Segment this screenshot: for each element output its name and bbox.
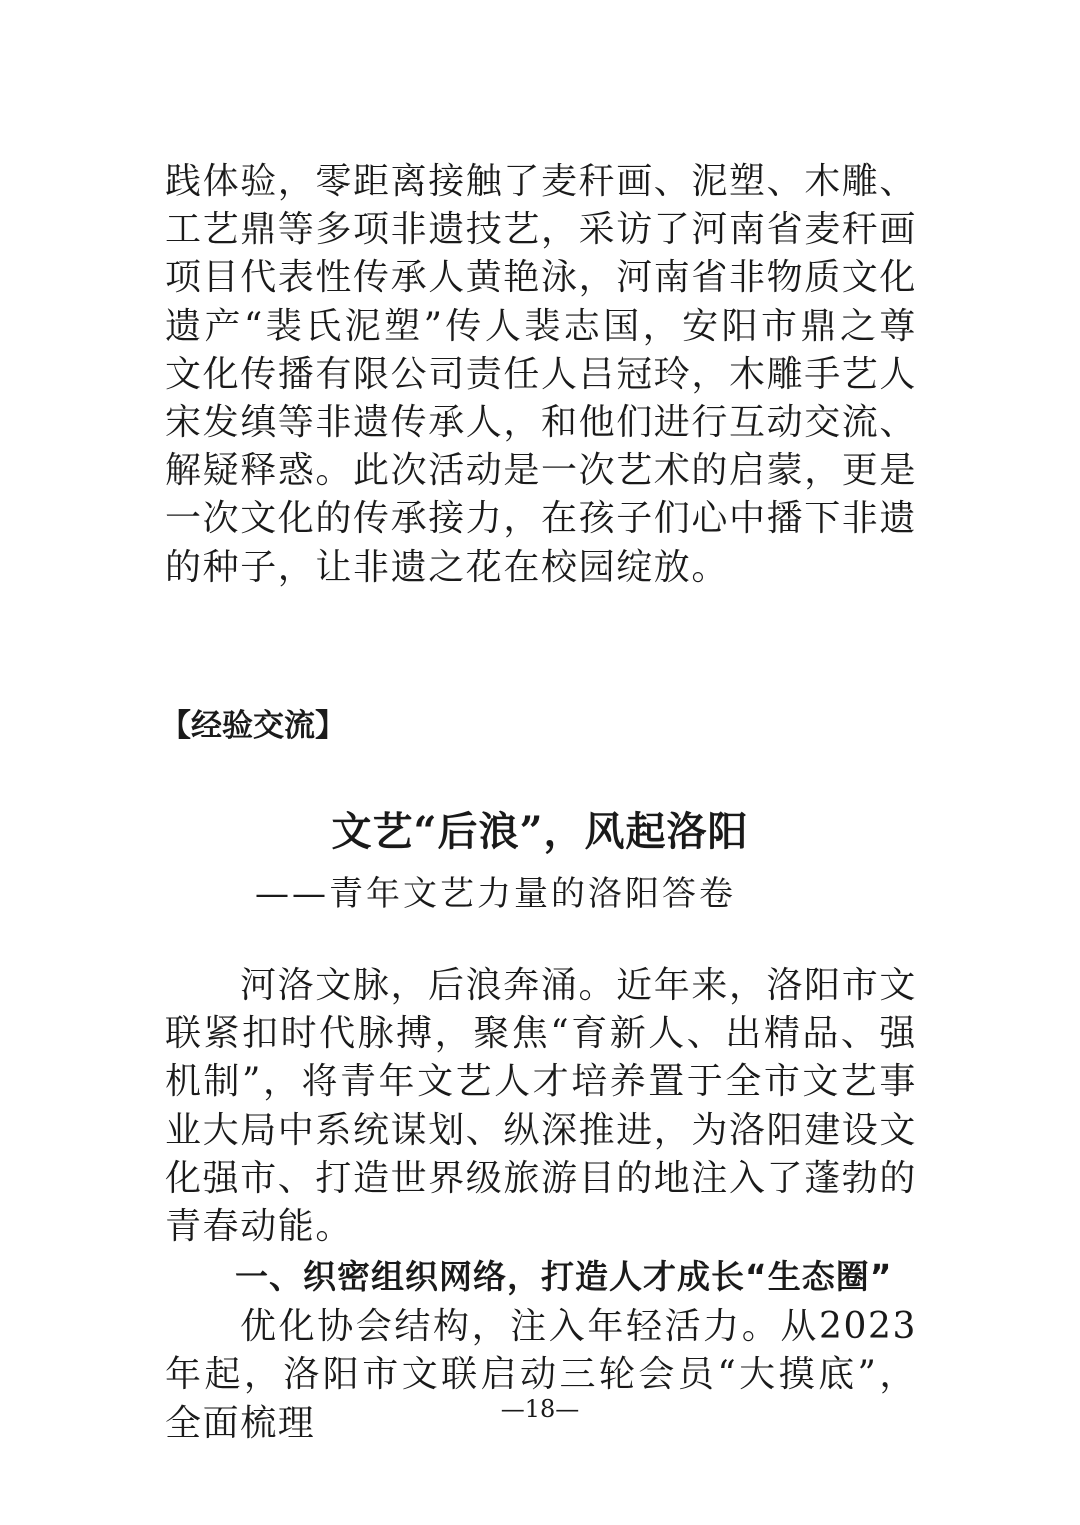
- continued-text-block: 践体验，零距离接触了麦秆画、泥塑、木雕、工艺鼎等多项非遗技艺，采访了河南省麦秆画…: [165, 158, 917, 592]
- continued-paragraph: 践体验，零距离接触了麦秆画、泥塑、木雕、工艺鼎等多项非遗技艺，采访了河南省麦秆画…: [165, 158, 917, 592]
- intro-paragraph: 河洛文脉，后浪奔涌。近年来，洛阳市文联紧扣时代脉搏，聚焦“育新人、出精品、强机制…: [165, 962, 917, 1251]
- document-page: 践体验，零距离接触了麦秆画、泥塑、木雕、工艺鼎等多项非遗技艺，采访了河南省麦秆画…: [0, 0, 1080, 1525]
- section-tag: 【经验交流】: [160, 700, 346, 745]
- paragraph-1: 优化协会结构，注入年轻活力。从2023年起，洛阳市文联启动三轮会员“大摸底”，全…: [165, 1303, 917, 1448]
- section-heading-1: 一、织密组织网络，打造人才成长“生态圈”: [165, 1251, 917, 1303]
- article-subtitle: ——青年文艺力量的洛阳答卷: [255, 866, 736, 915]
- article-title: 文艺“后浪”，风起洛阳: [0, 800, 1080, 857]
- page-number: —18—: [0, 1395, 1080, 1423]
- article-body: 河洛文脉，后浪奔涌。近年来，洛阳市文联紧扣时代脉搏，聚焦“育新人、出精品、强机制…: [165, 962, 917, 1448]
